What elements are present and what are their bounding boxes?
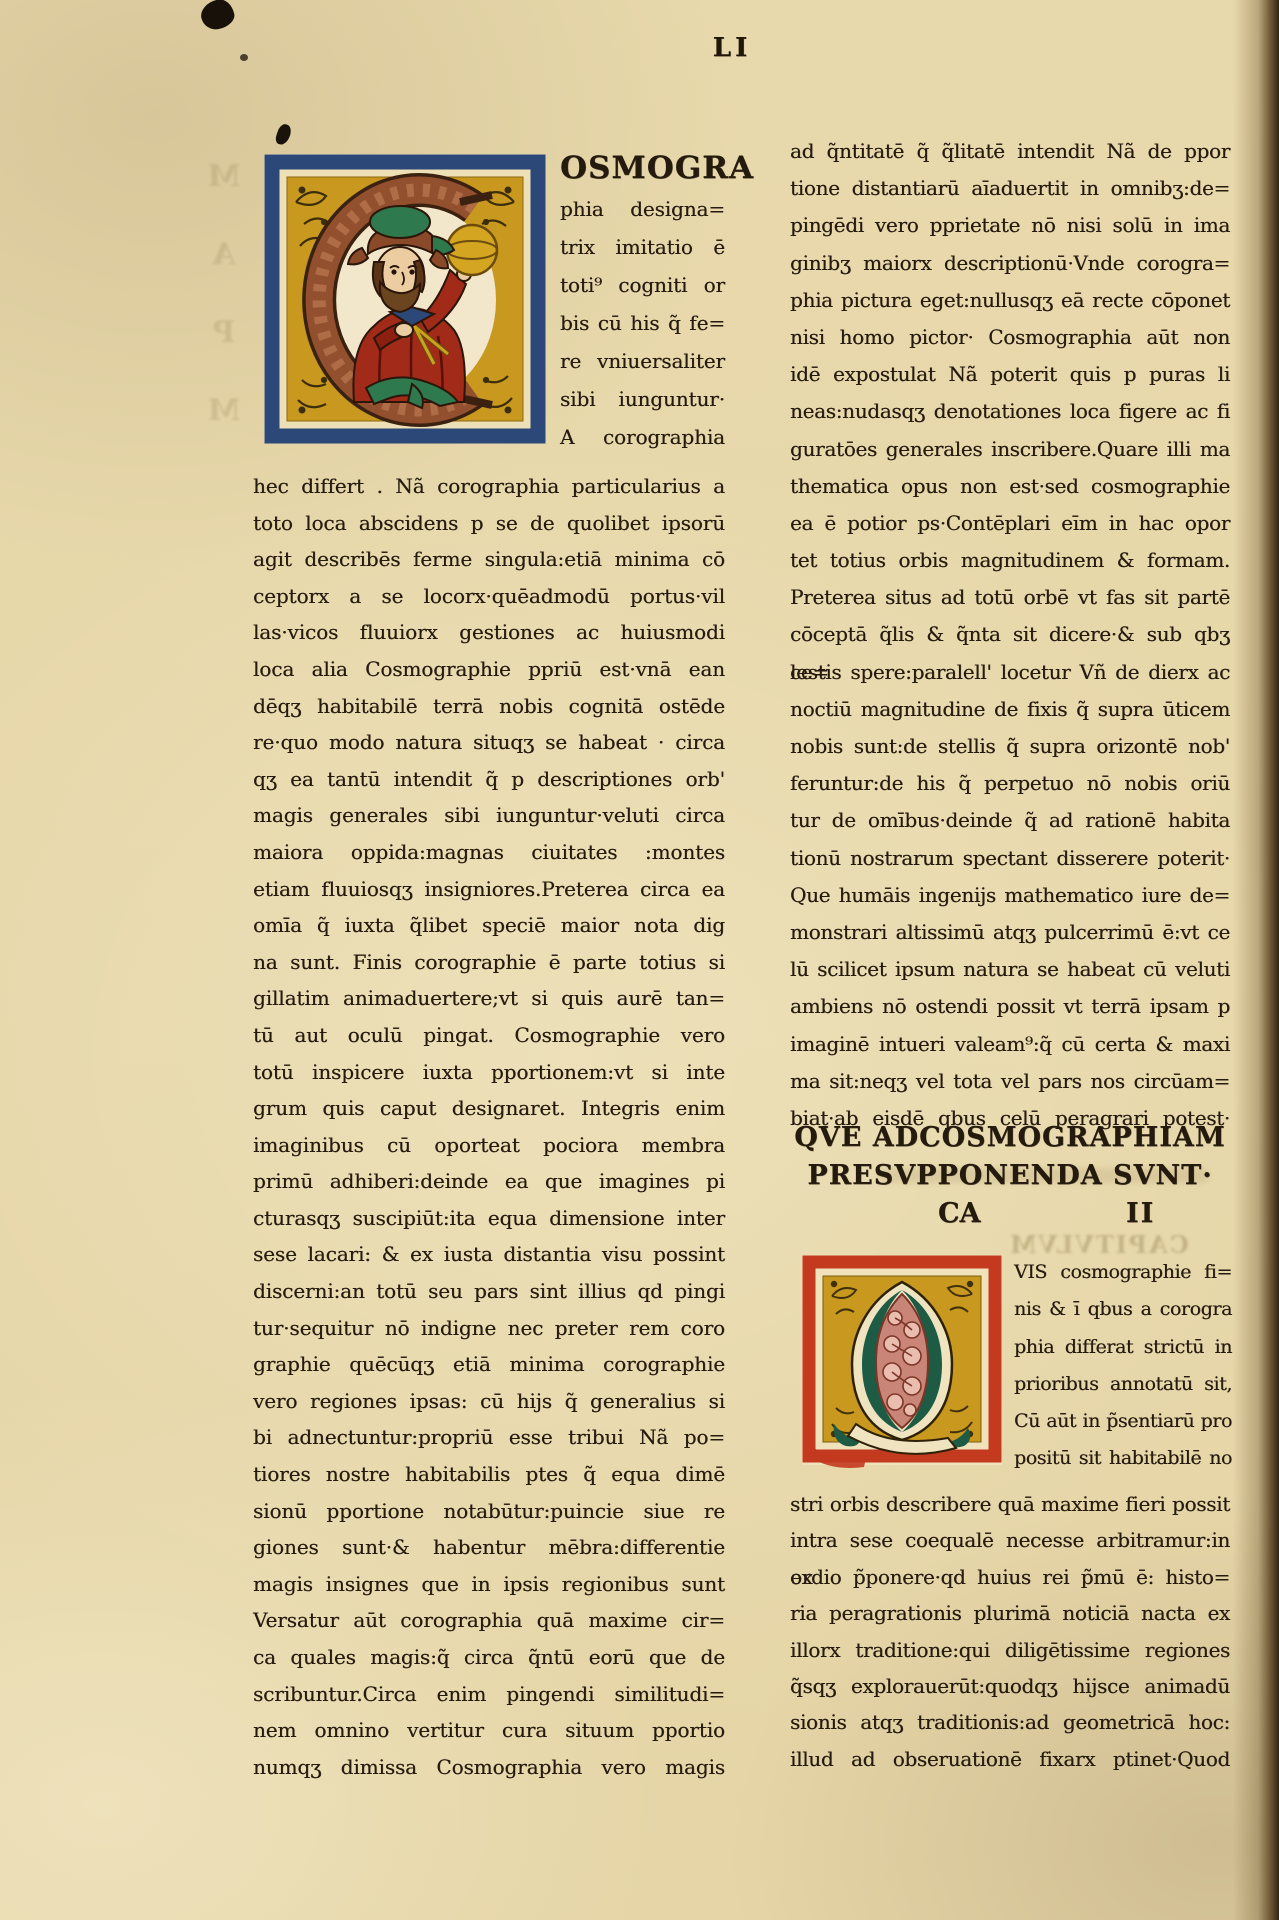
- text-line: discerni:an totū seu pars sint illius qd…: [253, 1273, 725, 1310]
- text-line: q̃sqʒ explorauerūt:quodqʒ hijsce animadū: [790, 1668, 1230, 1704]
- text-line: stri orbis describere quā maxime fieri p…: [790, 1486, 1230, 1522]
- text-line: primū adhiberi:deinde ea que imagines pi: [253, 1163, 725, 1200]
- text-line: nem omnino vertitur cura situum pportio: [253, 1712, 725, 1749]
- bleedthrough-letters: MAPM: [204, 138, 244, 450]
- left-column-text: hec differt . Nã corographia particulari…: [253, 468, 725, 1785]
- text-line: magis insignes que in ipsis regionibus s…: [253, 1566, 725, 1603]
- text-line: positū sit habitabilē no: [1014, 1440, 1232, 1477]
- text-line: na sunt. Finis corographie ē parte totiu…: [253, 944, 725, 981]
- right-column-text: ad q̃ntitatē q̃ q̃litatē intendit Nã de …: [790, 133, 1230, 1137]
- text-line: ea ē potior ps·Contēplari eīm in hac opo…: [790, 505, 1230, 542]
- text-line: prioribus annotatū sit,: [1014, 1366, 1232, 1403]
- text-line: lū scilicet ipsum natura se habeat cū ve…: [790, 951, 1230, 988]
- text-line: Versatur aūt corographia quā maxime cir=: [253, 1602, 725, 1639]
- text-line: bis cū his q̃ fe=: [560, 304, 725, 342]
- text-line: illorx traditione:qui diligētissime regi…: [790, 1632, 1230, 1668]
- text-line: tiores nostre habitabilis ptes q̃ equa d…: [253, 1456, 725, 1493]
- text-line: ambiens nō ostendi possit vt terrā ipsam…: [790, 988, 1230, 1025]
- page-edge-shadow: [1233, 0, 1279, 1920]
- illuminated-initial-q: [800, 1252, 1005, 1468]
- text-line: phia differat strictū in: [1014, 1329, 1232, 1366]
- text-line: giones sunt·& habentur mēbra:differentie: [253, 1529, 725, 1566]
- ink-smudge: [198, 0, 236, 32]
- text-line: Cū aūt in p̃sentiarū pro: [1014, 1403, 1232, 1440]
- bleedthrough-letter: M: [204, 372, 244, 450]
- text-line: feruntur:de his q̃ perpetuo nō nobis ori…: [790, 765, 1230, 802]
- text-line: sionū pportione notabūtur:puincie siue r…: [253, 1493, 725, 1530]
- ink-smudge: [240, 54, 248, 61]
- text-line: scribuntur.Circa enim pingendi similitud…: [253, 1676, 725, 1713]
- text-line: ma sit:neqʒ vel tota vel pars nos circūa…: [790, 1063, 1230, 1100]
- text-line: nis & ī qbus a corogra: [1014, 1291, 1232, 1328]
- text-line: tur de omībus·deinde q̃ ad rationē habit…: [790, 802, 1230, 839]
- text-line: trix imitatio ē: [560, 228, 725, 266]
- bleedthrough-letter: A: [204, 216, 244, 294]
- bleedthrough-letter: M: [204, 138, 244, 216]
- text-line: thematica opus non est·sed cosmographie: [790, 468, 1230, 505]
- text-line: numqʒ dimissa Cosmographia vero magis: [253, 1749, 725, 1786]
- text-line: vero regiones ipsas: cū hijs q̃ generali…: [253, 1383, 725, 1420]
- folio-number: LI: [700, 33, 764, 63]
- text-line: maiora oppida:magnas ciuitates :montes: [253, 834, 725, 871]
- text-line: totū inspicere iuxta pportionem:vt si in…: [253, 1054, 725, 1091]
- text-line: idē expostulat Nã poterit quis p puras l…: [790, 356, 1230, 393]
- text-line: sese lacari: & ex iusta distantia visu p…: [253, 1236, 725, 1273]
- text-line: graphie quēcūqʒ etiā minima corographie: [253, 1346, 725, 1383]
- text-line: lestis spere:paralell' locetur Vñ de die…: [790, 654, 1230, 691]
- text-line: guratōes generales inscribere.Quare illi…: [790, 431, 1230, 468]
- text-line: tet totius orbis magnitudinem & formam.: [790, 542, 1230, 579]
- text-line: re vniuersaliter: [560, 342, 725, 380]
- text-line: illud ad obseruationē fixarx ptinet·Quod: [790, 1741, 1230, 1777]
- text-line: tione distantiarū aīaduertit in omnibʒ:d…: [790, 170, 1230, 207]
- text-line: phia pictura eget:nullusqʒ eā recte cōpo…: [790, 282, 1230, 319]
- text-line: magis generales sibi iunguntur·veluti ci…: [253, 797, 725, 834]
- text-line: las·vicos fluuiorx gestiones ac huiusmod…: [253, 614, 725, 651]
- chapter-two-wrapped-text: VIS cosmographie fi=nis & ī qbus a corog…: [1014, 1254, 1232, 1478]
- text-line: ginibʒ maiorx descriptionū·Vnde corogra=: [790, 245, 1230, 282]
- opening-word: OSMOGRA: [560, 150, 730, 186]
- text-line: sionis atqʒ traditionis:ad geometricā ho…: [790, 1704, 1230, 1740]
- text-line: A corographia: [560, 418, 725, 456]
- chapter-heading-line2: PRESVPPONENDA SVNT·: [790, 1160, 1230, 1191]
- chapter-heading-line1: QVE ADCOSMOGRAPHIAM: [790, 1122, 1230, 1153]
- text-line: toti⁹ cogniti or: [560, 266, 725, 304]
- text-line: pingēdi vero pprietate nō nisi solū in i…: [790, 207, 1230, 244]
- text-line: omīa q̃ iuxta q̃libet speciē maior nota …: [253, 907, 725, 944]
- text-line: intra sese coequalē necesse arbitramur:i…: [790, 1522, 1230, 1558]
- text-line: tū aut oculū pingat. Cosmographie vero: [253, 1017, 725, 1054]
- text-line: ca quales magis:q̃ circa q̃ntū eorū que …: [253, 1639, 725, 1676]
- text-line: ceptorx a se locorx·quēadmodū portus·vil: [253, 578, 725, 615]
- text-line: etiam fluuiosqʒ insigniores.Preterea cir…: [253, 871, 725, 908]
- text-line: hec differt . Nã corographia particulari…: [253, 468, 725, 505]
- text-line: qʒ ea tantū intendit q̃ p descriptiones …: [253, 761, 725, 798]
- text-line: Preterea situs ad totū orbē vt fas sit p…: [790, 579, 1230, 616]
- text-line: ordio p̃ponere·qd huius rei p̃mū ē: hist…: [790, 1559, 1230, 1595]
- text-line: dēqʒ habitabilē terrā nobis cognitā ostē…: [253, 688, 725, 725]
- illuminated-initial-c: [262, 150, 548, 448]
- text-line: noctiū magnitudine de fixis q̃ supra ūti…: [790, 691, 1230, 728]
- text-line: cōceptā q̃lis & q̃nta sit dicere·& sub q…: [790, 616, 1230, 653]
- text-line: phia designa=: [560, 190, 725, 228]
- text-line: ria peragrationis plurimā noticiā nacta …: [790, 1595, 1230, 1631]
- chapter-two-text: stri orbis describere quā maxime fieri p…: [790, 1486, 1230, 1777]
- text-line: grum quis caput designaret. Integris eni…: [253, 1090, 725, 1127]
- text-line: re·quo modo natura situqʒ se habeat · ci…: [253, 724, 725, 761]
- text-line: cturasqʒ suscipiūt:ita equa dimensione i…: [253, 1200, 725, 1237]
- text-line: imaginē intueri valeam⁹:q̃ cū certa & ma…: [790, 1026, 1230, 1063]
- text-line: neas:nudasqʒ denotationes loca figere ac…: [790, 393, 1230, 430]
- chapter-numeral: II: [1126, 1198, 1155, 1229]
- text-line: toto loca abscidens p se de quolibet ips…: [253, 505, 725, 542]
- text-line: tionū nostrarum spectant disserere poter…: [790, 840, 1230, 877]
- text-line: nobis sunt:de stellis q̃ supra orizontē …: [790, 728, 1230, 765]
- text-line: agit describēs ferme singula:etiā minima…: [253, 541, 725, 578]
- text-line: Que humāis ingenijs mathematico iure de=: [790, 877, 1230, 914]
- text-line: sibi iunguntur·: [560, 380, 725, 418]
- bleedthrough-letter: P: [204, 294, 244, 372]
- text-line: nisi homo pictor· Cosmographia aūt non: [790, 319, 1230, 356]
- text-line: gillatim animaduertere;vt si quis aurē t…: [253, 980, 725, 1017]
- left-column-wrapped-text: phia designa=trix imitatio ētoti⁹ cognit…: [560, 190, 725, 456]
- text-line: VIS cosmographie fi=: [1014, 1254, 1232, 1291]
- text-line: imaginibus cū oporteat pociora membra: [253, 1127, 725, 1164]
- text-line: tur·sequitur nō indigne nec preter rem c…: [253, 1310, 725, 1347]
- text-line: ad q̃ntitatē q̃ q̃litatē intendit Nã de …: [790, 133, 1230, 170]
- text-line: bi adnectuntur:propriū esse tribui Nã po…: [253, 1419, 725, 1456]
- text-line: loca alia Cosmographie ppriū est·vnā ean: [253, 651, 725, 688]
- chapter-label: CA: [938, 1198, 980, 1229]
- text-line: monstrari altissimū atqʒ pulcerrimū ē:vt…: [790, 914, 1230, 951]
- ink-smudge: [274, 123, 293, 147]
